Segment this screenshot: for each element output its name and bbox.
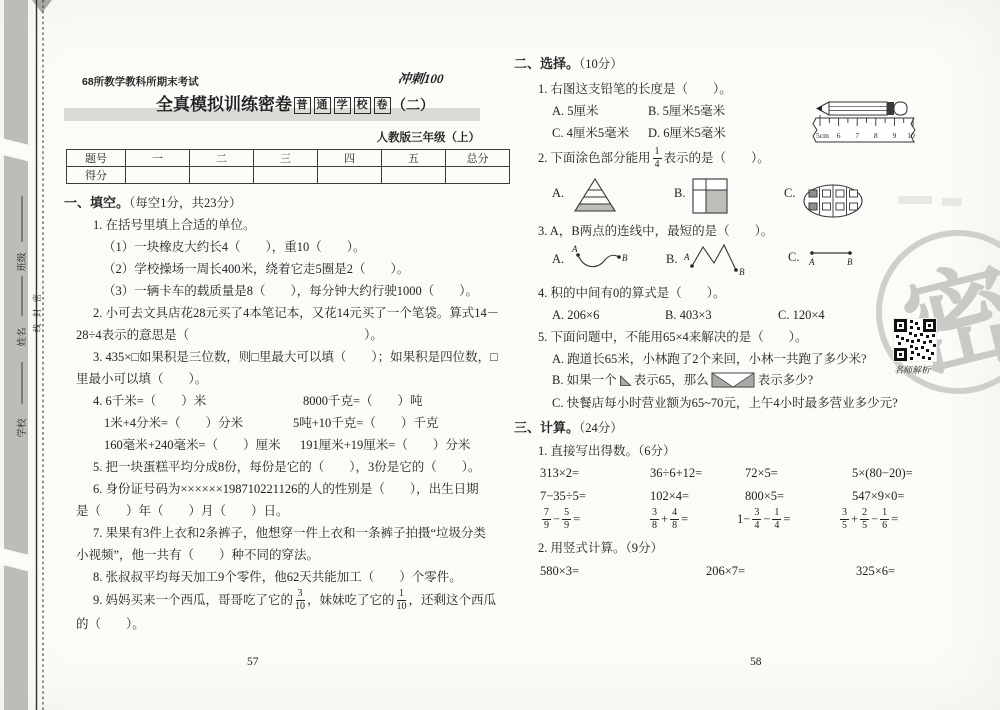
class-label: 班级 (16, 252, 28, 272)
pencil-ruler-figure: 5cm 6 7 8 9 10 (808, 96, 922, 150)
denominator: 5 (842, 520, 847, 532)
denominator: 6 (882, 520, 887, 532)
choice-q3: 3. A，B两点的连线中，最短的是（ ）。 (538, 224, 773, 239)
choice-q4: 4. 积的中间有0的算式是（ ）。 (538, 286, 726, 301)
calc-fraction-item: 1− 34 − 14 = (737, 506, 790, 532)
option-segment-figure: A B (806, 246, 858, 270)
fill-q3-line2: 里最小可以填（ ）。 (76, 372, 207, 387)
point-b-label: B (739, 267, 745, 277)
section1-title: 一、填空。 (64, 195, 129, 210)
denominator: 4 (774, 520, 779, 532)
option-curve-figure: A B (570, 242, 628, 274)
equals-sign: = (573, 512, 580, 527)
ruler-label: 8 (874, 131, 878, 140)
fraction: 35 (840, 507, 849, 531)
operator: − (871, 512, 878, 527)
vertical-calc-item: 206×7= (706, 564, 745, 579)
score-cell (126, 167, 190, 184)
numerator: 5 (562, 507, 571, 520)
fill-q1-3: （3）一辆卡车的载质量是8（ ），每分钟大约行驶1000（ ）。 (103, 284, 478, 299)
score-cell: 得分 (67, 167, 126, 184)
corner-mark (32, 0, 52, 13)
title-box-char: 卷 (374, 97, 391, 114)
equals-sign: = (891, 512, 898, 527)
score-cell (382, 167, 446, 184)
score-cell (446, 167, 510, 184)
calc-fraction-item: 38 + 48 = (648, 506, 688, 532)
edition-label: 人教版三年级（上） (330, 132, 480, 146)
numerator: 4 (670, 507, 679, 520)
choice-q2-letterC: C. (784, 186, 795, 201)
section1-heading: 一、填空。（每空1分，共23分） (64, 195, 242, 211)
triangle-pattern-rectangle-icon (711, 372, 756, 389)
denominator: 8 (672, 520, 677, 532)
denominator: 9 (564, 520, 569, 532)
school-label: 学校 (16, 418, 28, 438)
numerator: 1 (880, 507, 889, 520)
confidential-watermark: 密 (859, 213, 1000, 412)
fill-q8: 8. 张叔叔平均每天加工9个零件，他62天共能加工（ ）个零件。 (93, 570, 462, 585)
paper-title-suffix: （二） (392, 97, 434, 114)
calc-item: 313×2= (540, 466, 579, 481)
score-cell: 二 (190, 150, 254, 167)
fill-q9-text: 9. 妈妈买来一个西瓜，哥哥吃了它的 (93, 593, 293, 608)
choice-q1-optC: C. 4厘米5毫米 (552, 126, 629, 141)
choice-q1-optD: D. 6厘米5毫米 (648, 126, 726, 141)
fraction-1-4: 14 (653, 146, 662, 170)
equals-sign: = (783, 512, 790, 527)
calc-item: 547×9×0= (852, 489, 904, 504)
score-cell: 三 (254, 150, 318, 167)
calc-item: 102×4= (650, 489, 689, 504)
section3-title: 三、计算。 (514, 420, 579, 435)
score-cell: 题号 (67, 150, 126, 167)
denominator: 8 (652, 520, 657, 532)
vertical-calc-item: 325×6= (856, 564, 895, 579)
choice-q5b-text: 表示65，那么 (634, 373, 709, 388)
denominator: 4 (754, 520, 759, 532)
zigzag-path (692, 245, 736, 270)
calc-item: 5×(80−20)= (852, 466, 913, 481)
calc-item: 7−35÷5= (540, 489, 586, 504)
section1-note: （每空1分，共23分） (129, 196, 242, 210)
title-box-char: 普 (294, 97, 311, 114)
calc-item: 72×5= (745, 466, 778, 481)
point-b-label: B (622, 253, 628, 263)
calc-item: 800×5= (745, 489, 784, 504)
score-cell (318, 167, 382, 184)
vertical-calc-item: 580×3= (540, 564, 579, 579)
binding-shadow-strip (4, 0, 28, 710)
seal-char-feng: 封 (32, 308, 42, 317)
fill-q9-text: ，还剩这个西瓜 (409, 593, 497, 608)
option-square-figure (692, 178, 728, 214)
denominator: 9 (544, 520, 549, 532)
fraction: 16 (880, 507, 889, 531)
calc-item: 36÷6+12= (650, 466, 702, 481)
showthrough-mark (942, 198, 962, 206)
series-logo-chongci100: 冲刺100 (397, 71, 444, 87)
section3-note: （24分） (579, 421, 623, 435)
choice-q5b-text: 表示多少? (758, 373, 814, 388)
score-cell: 五 (382, 150, 446, 167)
numerator: 3 (296, 588, 305, 601)
fill-q7-line2: 小视频”，他一共有（ ）种不同的穿法。 (76, 548, 319, 563)
denominator: 10 (397, 601, 407, 613)
score-cell: 四 (318, 150, 382, 167)
fraction: 25 (860, 507, 869, 531)
publisher-line: 68所教学教科所期末考试 (82, 76, 199, 89)
fill-q9-line2: 的（ ）。 (76, 617, 145, 632)
fill-q2-line1: 2. 小可去文具店花28元买了4本笔记本，又花14元买了一个笔袋。算式14－ (93, 306, 499, 321)
fill-q4-r1c1: 4. 6千米=（ ）米 (93, 394, 206, 409)
operator: − (553, 512, 560, 527)
fill-q1-1: （1）一块橡皮大约长4（ ），重10（ ）。 (103, 240, 366, 255)
equals-sign: = (681, 512, 688, 527)
score-table: 题号 一 二 三 四 五 总分 得分 (66, 149, 510, 184)
binding-margin: 班级 姓名 学校 密 封 线 (0, 0, 56, 710)
choice-q1-optB: B. 5厘米5毫米 (648, 104, 725, 119)
operator: + (661, 512, 668, 527)
triangle-shaded-band (575, 204, 615, 211)
option-zigzag-figure: A B (684, 240, 746, 278)
fill-q6-line2: 是（ ）年（ ）月（ ）日。 (76, 504, 289, 519)
section2-title: 二、选择。 (514, 56, 579, 71)
fill-q6-line1: 6. 身份证号码为××××××198710221126的人的性别是（ ），出生日… (93, 482, 479, 497)
ruler-label: 7 (855, 131, 859, 140)
choice-q3-letterC: C. (788, 250, 799, 265)
choice-q2-letterA: A. (552, 186, 564, 201)
choice-q3-letterA: A. (552, 252, 564, 267)
fraction: 59 (562, 507, 571, 531)
numerator: 3 (650, 507, 659, 520)
fill-q2-line2: 28÷4表示的意思是（ ）。 (76, 328, 383, 343)
title-box-char: 校 (354, 97, 371, 114)
seal-char-xian: 线 (32, 323, 42, 332)
fraction: 14 (772, 507, 781, 531)
fraction: 38 (650, 507, 659, 531)
fill-q4-r2c1: 1米+4分米=（ ）分米 (104, 416, 243, 431)
numerator: 3 (752, 507, 761, 520)
numerator: 7 (542, 507, 551, 520)
small-triangle-icon (619, 374, 632, 387)
ruler-label: 9 (893, 131, 897, 140)
choice-q1-optA: A. 5厘米 (552, 104, 599, 119)
choice-q1: 1. 右图这支铅笔的长度是（ ）。 (538, 82, 732, 97)
choice-q3-letterB: B. (666, 252, 677, 267)
choice-q2-letterB: B. (674, 186, 685, 201)
square-shaded-part (706, 190, 727, 213)
score-table-score-row: 得分 (67, 167, 510, 184)
fill-q4-r3c2: 191厘米+19厘米=（ ）分米 (300, 438, 470, 453)
operator: + (851, 512, 858, 527)
qr-code (893, 318, 937, 362)
fill-q4-r1c2: 8000千克=（ ）吨 (303, 394, 423, 409)
point-a-label: A (684, 252, 690, 262)
choice-q5: 5. 下面问题中，不能用65×4来解决的是（ ）。 (538, 330, 808, 345)
section2-note: （10分） (579, 57, 623, 71)
calc-sub1: 1. 直接写出得数。（6分） (538, 444, 676, 459)
point-a-label: A (571, 244, 578, 254)
score-cell (190, 167, 254, 184)
choice-q5b-text: B. 如果一个 (552, 373, 617, 388)
score-cell: 总分 (446, 150, 510, 167)
choice-q5-optC: C. 快餐店每小时营业额为65~70元，上午4小时最多营业多少元? (552, 396, 898, 411)
point-b-label: B (847, 257, 853, 267)
numerator: 1 (772, 507, 781, 520)
fraction: 34 (752, 507, 761, 531)
title-box-char: 通 (314, 97, 331, 114)
paper-title-main: 全真模拟训练密卷 (156, 95, 292, 115)
choice-q2: 2. 下面涂色部分能用 14 表示的是（ ）。 (538, 146, 770, 170)
operand: 1− (737, 512, 750, 527)
score-cell: 一 (126, 150, 190, 167)
ruler-label: 10 (907, 131, 915, 140)
pencil (817, 102, 907, 118)
pencil-ferrule (887, 102, 894, 115)
choice-q5-optB: B. 如果一个 表示65，那么 表示多少? (552, 371, 813, 389)
numerator: 1 (653, 146, 662, 159)
seal-char-mi: 密 (32, 293, 42, 302)
fraction: 79 (542, 507, 551, 531)
choice-q5-optA: A. 跑道长65米，小林跑了2个来回，小林一共跑了多少米? (552, 352, 867, 367)
fill-q7-line1: 7. 果果有3件上衣和2条裤子，他想穿一件上衣和一条裤子拍摄“垃圾分类 (93, 526, 486, 541)
section2-heading: 二、选择。（10分） (514, 56, 623, 72)
numerator: 1 (397, 588, 406, 601)
title-box-char: 学 (334, 97, 351, 114)
numerator: 2 (860, 507, 869, 520)
calc-fraction-item: 79 − 59 = (540, 506, 580, 532)
exam-paper-scan: 班级 姓名 学校 密 封 线 68所教学教科所期末考试 冲刺100 全真模拟训练… (0, 0, 1000, 710)
fill-q3-line1: 3. 435×□如果积是三位数，则□里最大可以填（ ）；如果积是四位数，□ (93, 350, 498, 365)
choice-q2-text: 表示的是（ ）。 (664, 151, 770, 166)
fill-q9-text: ，妹妹吃了它的 (307, 593, 395, 608)
denominator: 4 (655, 159, 660, 171)
numerator: 3 (840, 507, 849, 520)
fraction-1-10: 110 (397, 588, 407, 612)
page-number-right: 58 (750, 656, 762, 670)
operator: − (763, 512, 770, 527)
fill-q4-r2c2: 5吨+10千克=（ ）千克 (293, 416, 438, 431)
section3-heading: 三、计算。（24分） (514, 420, 623, 436)
fill-q4-r3c1: 160毫米+240毫米=（ ）厘米 (104, 438, 281, 453)
option-oval-figure (802, 182, 864, 220)
fraction: 48 (670, 507, 679, 531)
fill-q1: 1. 在括号里填上合适的单位。 (93, 218, 256, 233)
denominator: 10 (295, 601, 305, 613)
score-table-header-row: 题号 一 二 三 四 五 总分 (67, 150, 510, 167)
option-triangle-figure (572, 176, 618, 214)
fill-q5: 5. 把一块蛋糕平均分成8份，每份是它的（ ），3份是它的（ ）。 (93, 460, 481, 475)
showthrough-mark (898, 196, 932, 204)
choice-q2-text: 2. 下面涂色部分能用 (538, 151, 651, 166)
ruler-label: 5cm (816, 131, 829, 140)
choice-q4-optB: B. 403×3 (665, 308, 712, 323)
paper-title: 全真模拟训练密卷 普 通 学 校 卷 （二） (156, 95, 434, 115)
choice-q4-optA: A. 206×6 (552, 308, 599, 323)
name-label: 姓名 (16, 327, 28, 346)
qr-caption: 名师解析 (894, 365, 930, 376)
fill-q9-line1: 9. 妈妈买来一个西瓜，哥哥吃了它的 310 ，妹妹吃了它的 110 ，还剩这个… (93, 588, 496, 612)
denominator: 5 (862, 520, 867, 532)
curve-path (578, 255, 619, 267)
point-a-label: A (808, 257, 815, 267)
fraction-3-10: 310 (295, 588, 305, 612)
pencil-eraser (894, 102, 907, 115)
ruler-label: 6 (837, 131, 841, 140)
fill-q1-2: （2）学校操场一周长400米，绕着它走5圈是2（ ）。 (103, 262, 409, 277)
choice-q4-optC: C. 120×4 (778, 308, 825, 323)
page-number-left: 57 (247, 656, 259, 670)
calc-fraction-item: 35 + 25 − 16 = (838, 506, 898, 532)
score-cell (254, 167, 318, 184)
calc-sub2: 2. 用竖式计算。（9分） (538, 541, 663, 556)
